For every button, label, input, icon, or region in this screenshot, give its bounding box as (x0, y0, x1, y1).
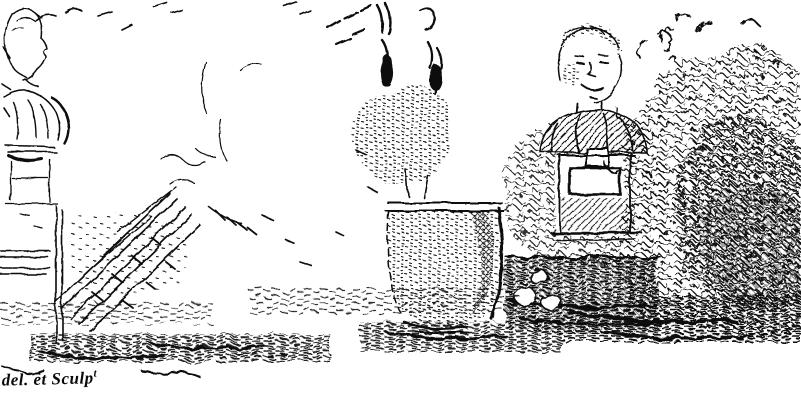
etching-scene (0, 0, 801, 399)
signature-superscript: t (93, 368, 97, 380)
dense-shrub (605, 15, 801, 338)
edge-marks (2, 2, 310, 117)
engraver-signature: del. et Sculpt (1, 368, 97, 391)
left-bust (0, 9, 69, 342)
etching-plate: del. et Sculpt (0, 0, 801, 399)
ground-hatching (0, 288, 801, 377)
signature-text: del. et Sculp (1, 368, 93, 389)
